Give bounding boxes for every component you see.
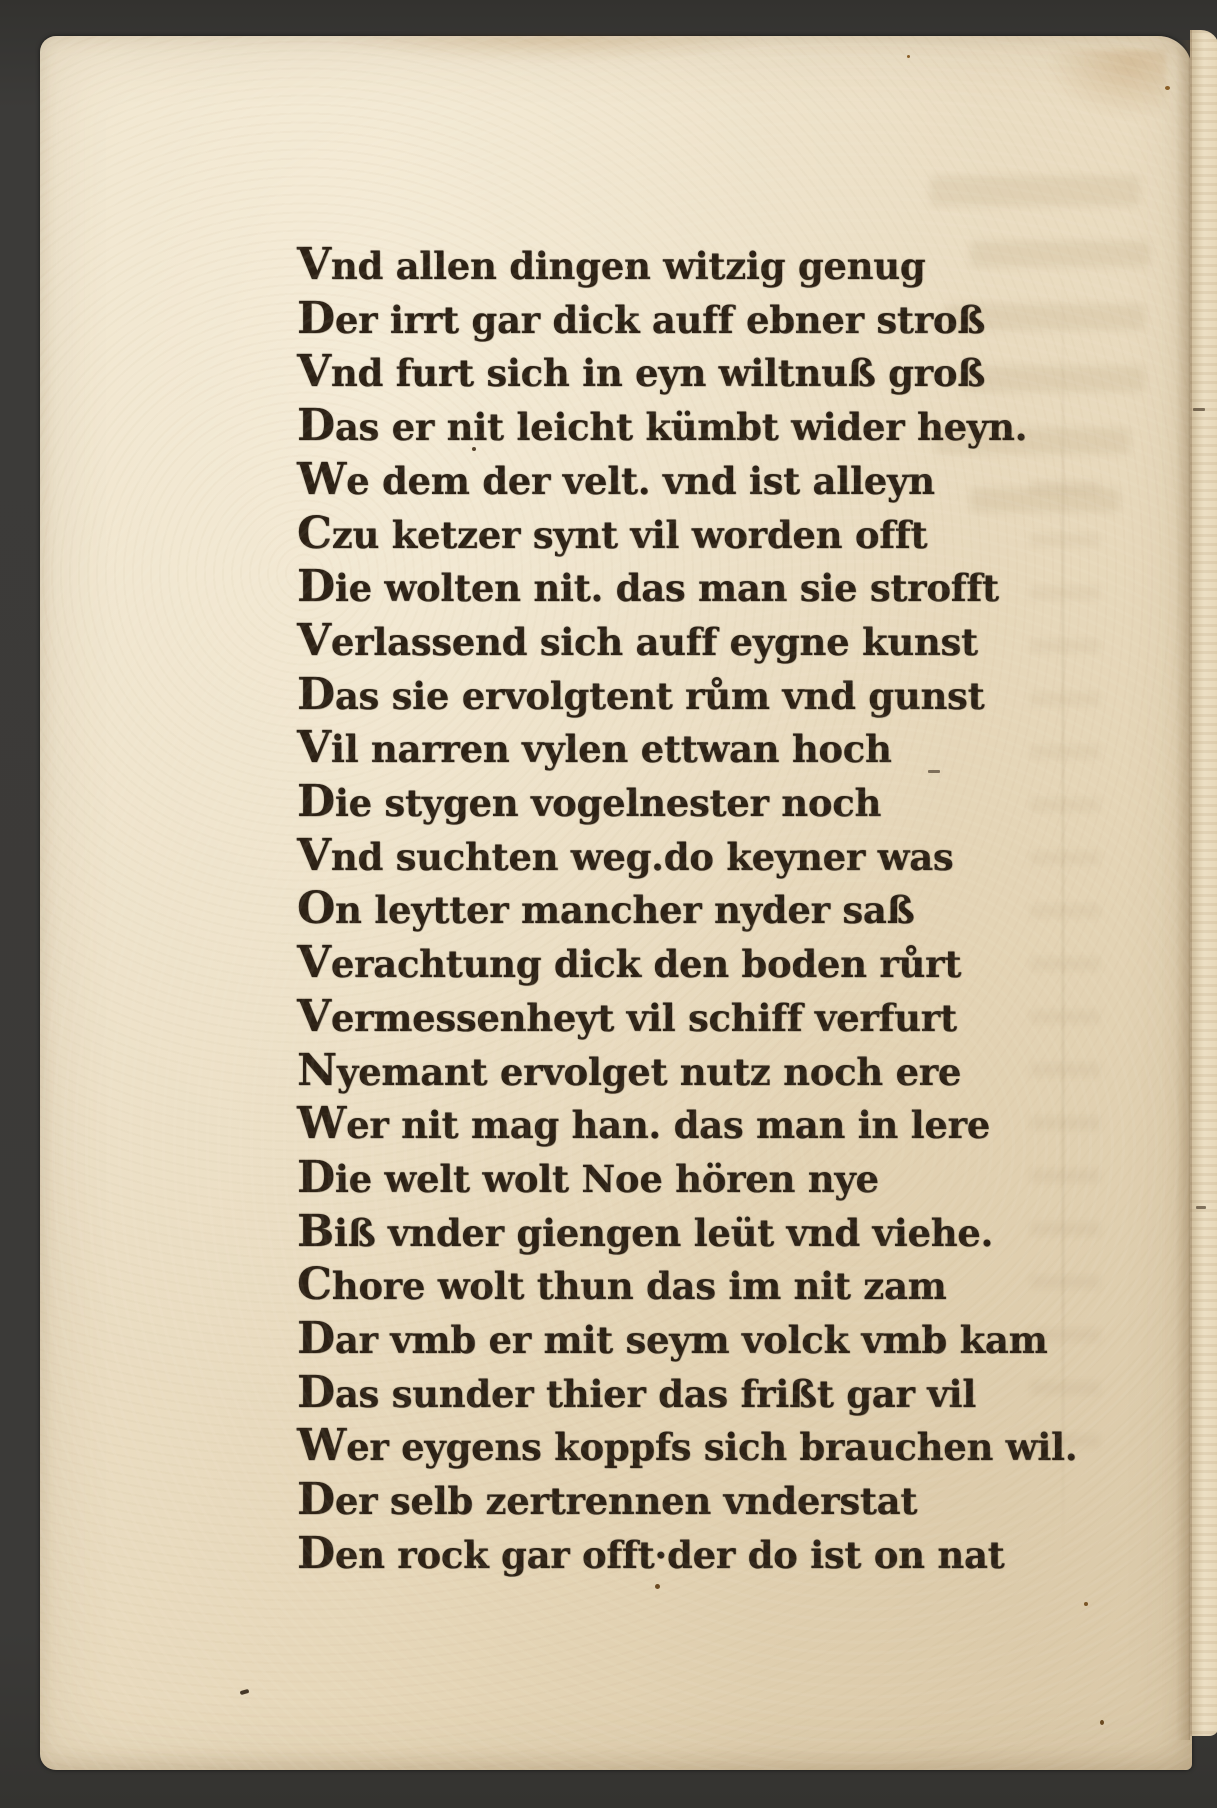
- foxing-spot: [655, 1584, 660, 1589]
- foxing-spot: [627, 265, 632, 270]
- paper-stain: [340, 36, 760, 62]
- poem-line: Vnd allen dingen witzig genug: [297, 239, 1117, 293]
- foxing-spot: [1100, 1720, 1104, 1725]
- foxing-spot: [472, 447, 476, 451]
- poem-line: Vermessenheyt vil schiff verfurt: [297, 991, 1117, 1045]
- scan-background: Vnd allen dingen witzig genugDer irrt ga…: [0, 0, 1217, 1808]
- paper-stain: [1046, 50, 1166, 120]
- poem-line: Der selb zertrennen vnderstat: [297, 1474, 1117, 1528]
- fore-edge-mark: [1196, 1206, 1206, 1209]
- poem-line: Die welt wolt Noe hören nye: [297, 1152, 1117, 1206]
- poem-line: Verlassend sich auff eygne kunst: [297, 615, 1117, 669]
- poem-line: Die stygen vogelnester noch: [297, 776, 1117, 830]
- poem-line: Czu ketzer synt vil worden offt: [297, 508, 1117, 562]
- poem-line: Den rock gar offt·der do ist on nat: [297, 1528, 1117, 1582]
- poem-line: Wer nit mag han. das man in lere: [297, 1098, 1117, 1152]
- paper-crease: [1062, 260, 1064, 1560]
- book-page: Vnd allen dingen witzig genugDer irrt ga…: [40, 36, 1192, 1770]
- stray-ink-mark: [928, 770, 940, 773]
- poem-line: Der irrt gar dick auff ebner stroß: [297, 293, 1117, 347]
- poem-line: Das sie ervolgtent rům vnd gunst: [297, 669, 1117, 723]
- show-through-band: [1030, 480, 1100, 1480]
- poem-line: Wer eygens koppfs sich brauchen wil.: [297, 1420, 1117, 1474]
- poem-line: Vil narren vylen ettwan hoch: [297, 722, 1117, 776]
- page-fold-shadow: [1176, 40, 1190, 1740]
- poem-line: Vnd furt sich in eyn wiltnuß groß: [297, 346, 1117, 400]
- poem-line: Das sunder thier das frißt gar vil: [297, 1367, 1117, 1421]
- poem-line: Dar vmb er mit seym volck vmb kam: [297, 1313, 1117, 1367]
- poem-line: Nyemant ervolget nutz noch ere: [297, 1045, 1117, 1099]
- show-through-text: [930, 176, 1140, 206]
- poem-line: We dem der velt. vnd ist alleyn: [297, 454, 1117, 508]
- poem-line: Biß vnder giengen leüt vnd viehe.: [297, 1206, 1117, 1260]
- fore-edge-mark: [1193, 408, 1205, 411]
- foxing-spot: [1165, 86, 1170, 90]
- poem-text-block: Vnd allen dingen witzig genugDer irrt ga…: [297, 239, 1117, 1582]
- foxing-spot: [1084, 1602, 1088, 1606]
- poem-line: Chore wolt thun das im nit zam: [297, 1259, 1117, 1313]
- poem-line: Verachtung dick den boden růrt: [297, 937, 1117, 991]
- poem-line: Die wolten nit. das man sie strofft: [297, 561, 1117, 615]
- foxing-spot: [907, 55, 910, 58]
- poem-line: Vnd suchten weg.do keyner was: [297, 830, 1117, 884]
- book-fore-edge: [1190, 30, 1217, 1736]
- poem-line: On leytter mancher nyder saß: [297, 883, 1117, 937]
- poem-line: Das er nit leicht kümbt wider heyn.: [297, 400, 1117, 454]
